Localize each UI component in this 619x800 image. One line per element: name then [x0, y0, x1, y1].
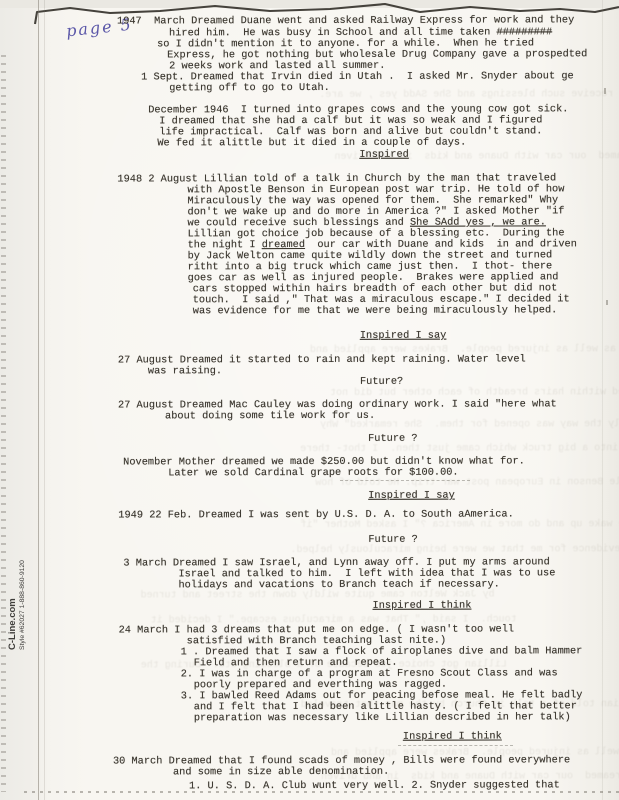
typed-line: preparation was necessary like Lillian d…	[194, 712, 571, 724]
typed-line: We fed it alittle but it died in a coupl…	[157, 138, 466, 150]
scanned-document-page: page 5 C-Line.com Style #62027 1-888-860…	[0, 0, 619, 800]
typed-line: holidays and vacations to Branch teach i…	[178, 580, 499, 592]
bleedthrough-text: was evidence for me that we were being m…	[290, 544, 619, 556]
typed-line: 1. U. S. D. A. Club wunt very well. 2. S…	[189, 780, 560, 792]
typed-line: was evidence for me that we were being m…	[193, 305, 558, 317]
section-heading: Inspired I say	[360, 331, 447, 342]
bleedthrough-text: cars stopped within hairs breadth of eac…	[330, 387, 619, 399]
section-heading: Future?	[360, 377, 403, 388]
bleedthrough-text: ritht into a big truck which came just t…	[300, 443, 619, 455]
bleedthrough-text: we could receive such blessings and She …	[319, 89, 619, 101]
section-heading: Inspired I think	[373, 601, 472, 612]
section-heading: Inspired I think	[403, 731, 502, 742]
section-heading: Future ?	[368, 535, 417, 546]
typed-line: and some in size able denomination.	[173, 767, 389, 779]
typed-text-layer: 1947 March Dreamed Duane went and asked …	[0, 0, 619, 800]
section-heading: Inspired I say	[368, 491, 455, 502]
typed-line: getting off to go to Utah.	[169, 83, 330, 94]
typed-line: Later we sold Cardinal grape roots for $…	[168, 468, 458, 480]
typed-line: about doing some tile work for us.	[165, 411, 375, 423]
typed-line: was raising.	[148, 366, 222, 377]
typed-line: 1949 22 Feb. Dreamed I was sent by U.S. …	[118, 509, 513, 521]
section-heading: Inspired	[359, 150, 408, 161]
section-heading: Future ?	[368, 434, 417, 445]
